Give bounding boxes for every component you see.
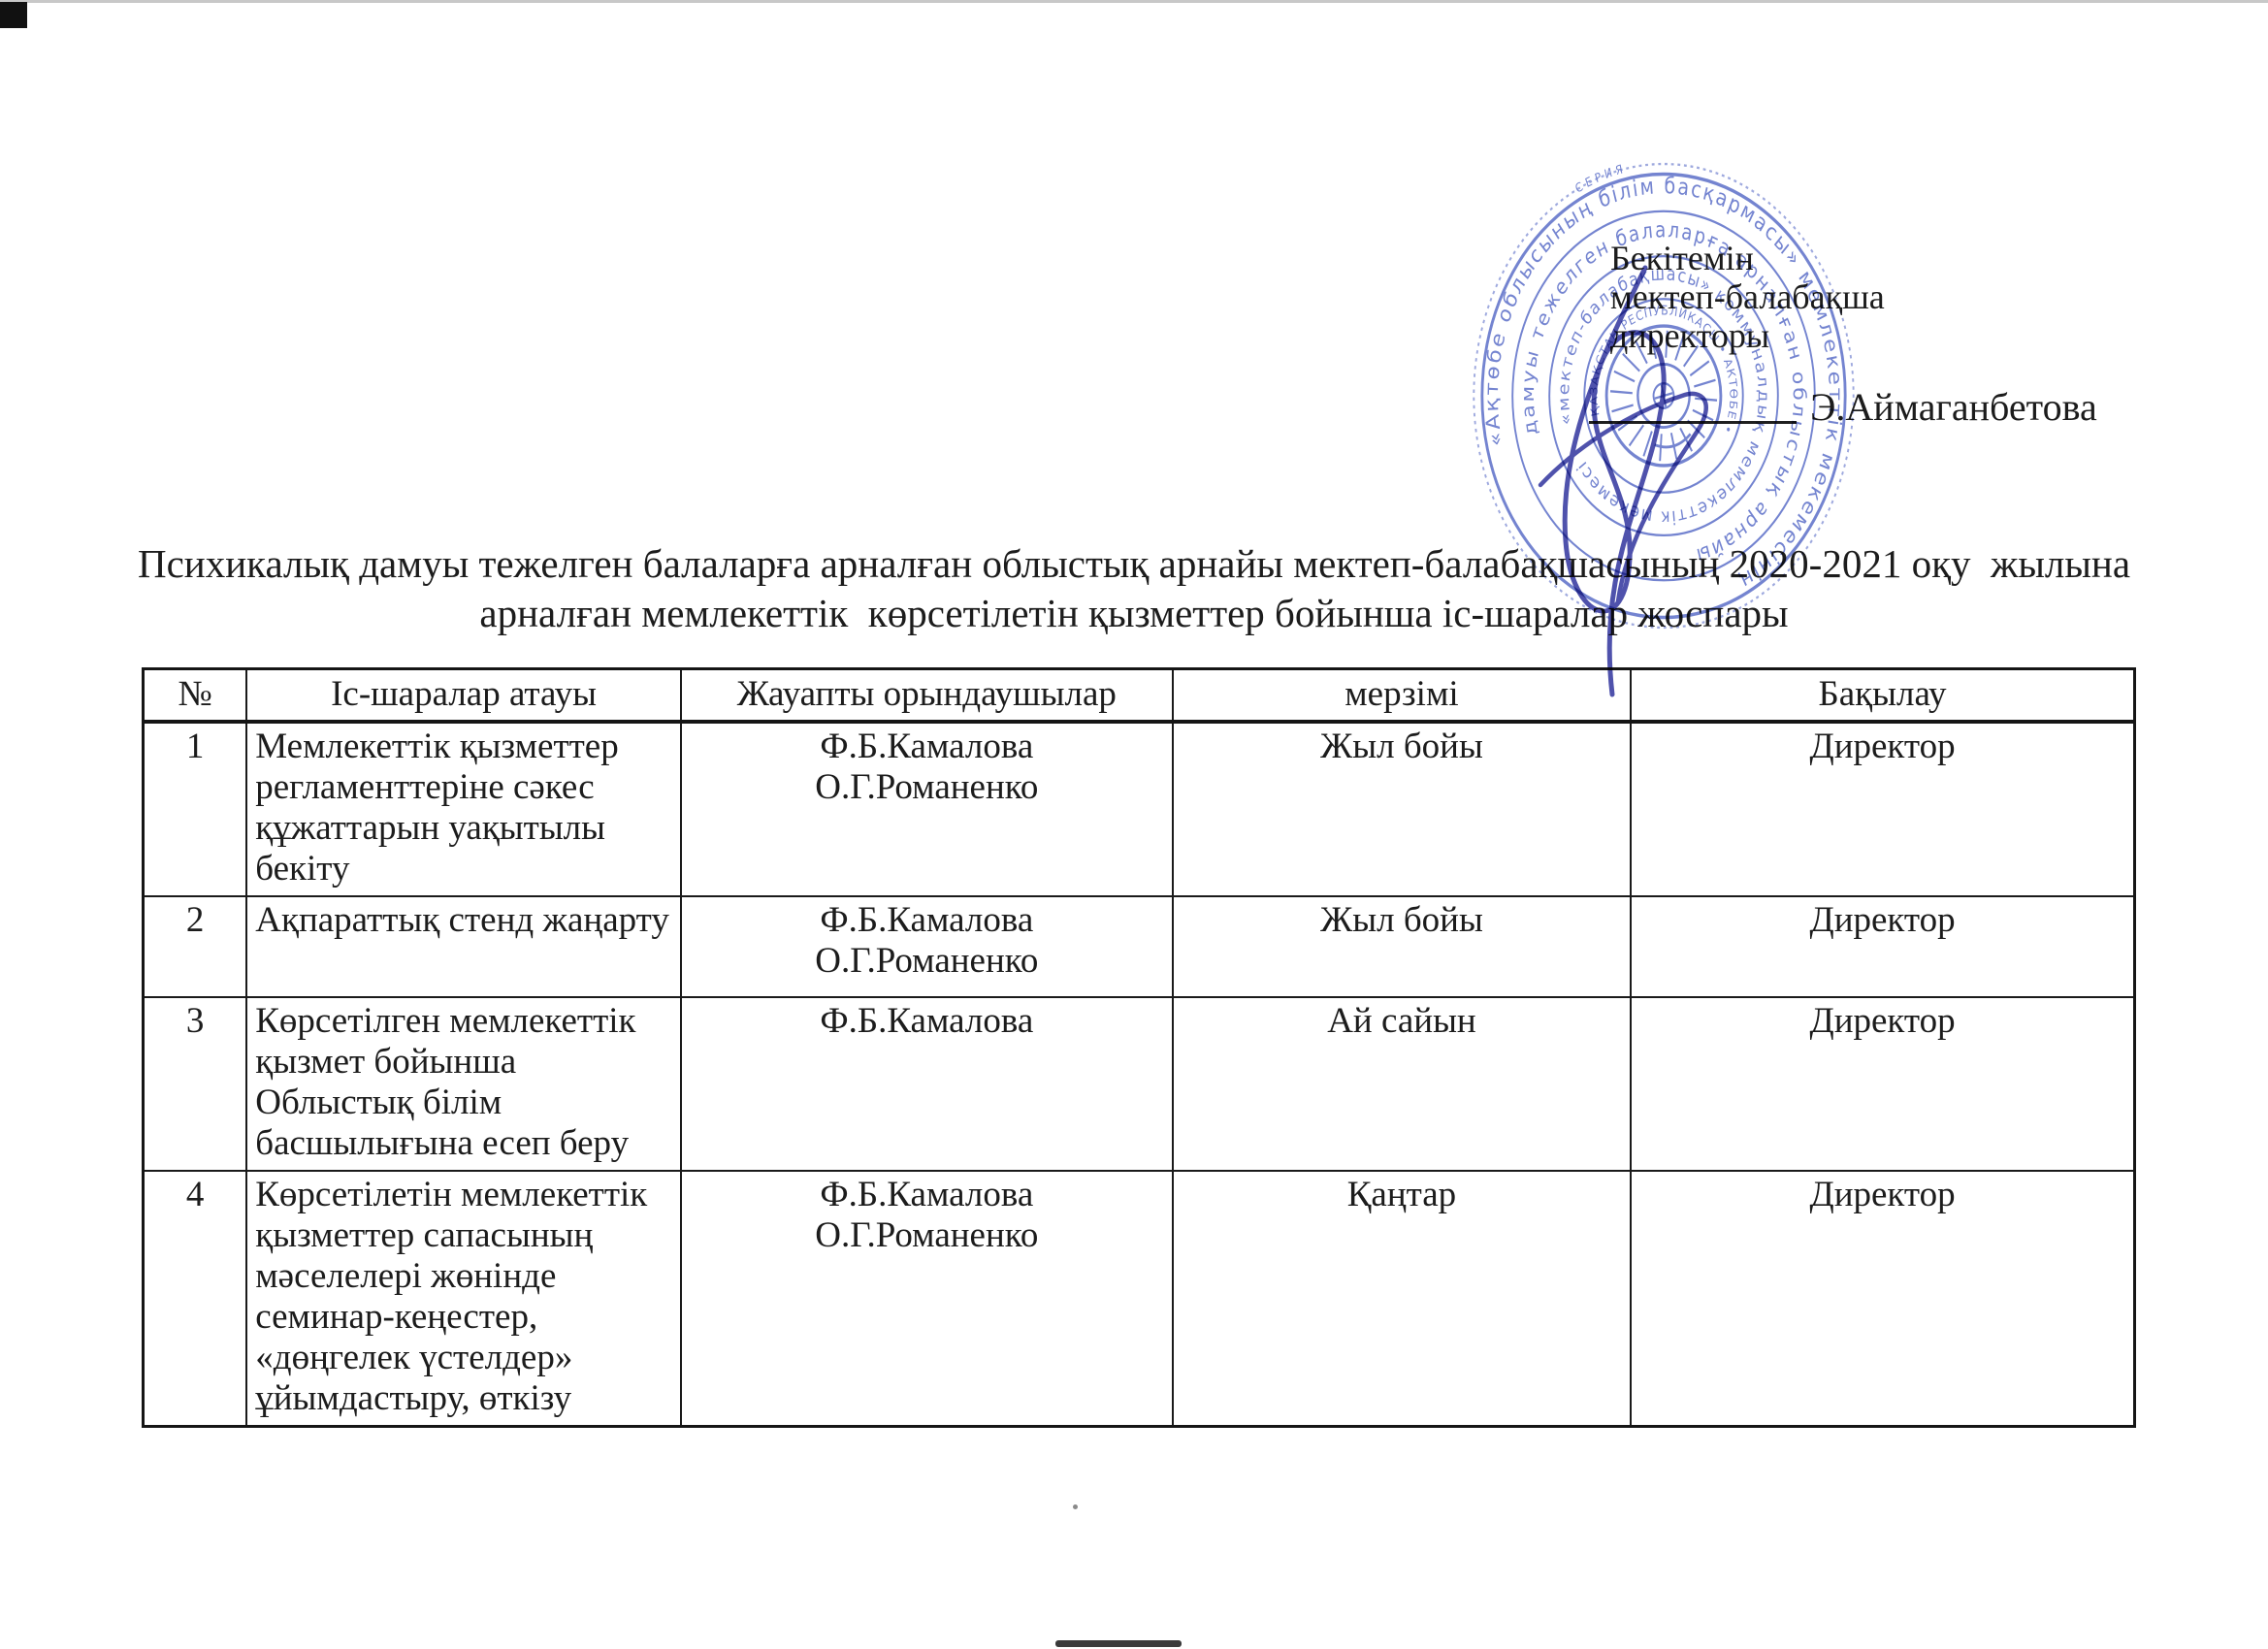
table-row: 2 Ақпараттық стенд жаңарту Ф.Б.КамаловаО… xyxy=(144,896,2135,997)
activity-cell: Көрсетілген мемлекеттік қызмет бойынша О… xyxy=(246,997,681,1171)
activity-cell: Ақпараттық стенд жаңарту xyxy=(246,896,681,997)
activity-cell: Көрсетілетін мемлекеттік қызметтер сапас… xyxy=(246,1171,681,1427)
term-cell: Ай сайын xyxy=(1173,997,1631,1171)
row-number-cell: 4 xyxy=(144,1171,247,1427)
term-cell: Жыл бойы xyxy=(1173,896,1631,997)
activities-table: № Іс-шаралар атауы Жауапты орындаушылар … xyxy=(142,667,2136,1428)
term-cell: Жыл бойы xyxy=(1173,722,1631,896)
responsible-person: Ф.Б.Камалова xyxy=(690,1001,1164,1042)
responsible-cell: Ф.Б.КамаловаО.Г.Романенко xyxy=(681,1171,1173,1427)
row-number-cell: 3 xyxy=(144,997,247,1171)
responsible-cell: Ф.Б.КамаловаО.Г.Романенко xyxy=(681,896,1173,997)
header-responsible: Жауапты орындаушылар xyxy=(681,669,1173,722)
director-signature-icon xyxy=(1482,241,1744,726)
scanned-document-page: «Ақтөбе облысының білім басқармасы» мемл… xyxy=(0,0,2268,1649)
responsible-cell: Ф.Б.КамаловаО.Г.Романенко xyxy=(681,722,1173,896)
table-body: 1 Мемлекеттік қызметтер регламенттеріне … xyxy=(144,722,2135,1427)
table-row: 4 Көрсетілетін мемлекеттік қызметтер сап… xyxy=(144,1171,2135,1427)
responsible-person: Ф.Б.Камалова xyxy=(690,727,1164,767)
row-number-cell: 2 xyxy=(144,896,247,997)
activity-cell: Мемлекеттік қызметтер регламенттеріне сә… xyxy=(246,722,681,896)
table-row: 3 Көрсетілген мемлекеттік қызмет бойынша… xyxy=(144,997,2135,1171)
scan-artifact-bottom-mark xyxy=(1055,1640,1182,1647)
control-cell: Директор xyxy=(1631,1171,2134,1427)
table-row: 1 Мемлекеттік қызметтер регламенттеріне … xyxy=(144,722,2135,896)
table-header-row: № Іс-шаралар атауы Жауапты орындаушылар … xyxy=(144,669,2135,722)
header-activity: Іс-шаралар атауы xyxy=(246,669,681,722)
control-cell: Директор xyxy=(1631,722,2134,896)
scan-artifact-speck xyxy=(1073,1504,1078,1509)
responsible-person: Ф.Б.Камалова xyxy=(690,900,1164,941)
scan-artifact-corner-mark xyxy=(0,2,27,28)
responsible-person: Ф.Б.Камалова xyxy=(690,1175,1164,1215)
document-title-line-2: арналған мемлекеттік көрсетілетін қызмет… xyxy=(0,589,2268,638)
control-cell: Директор xyxy=(1631,896,2134,997)
scan-artifact-top-line xyxy=(0,0,2268,3)
responsible-person: О.Г.Романенко xyxy=(690,767,1164,808)
document-title-line-1: Психикалық дамуы тежелген балаларға арна… xyxy=(0,539,2268,589)
term-cell: Қаңтар xyxy=(1173,1171,1631,1427)
row-number-cell: 1 xyxy=(144,722,247,896)
control-cell: Директор xyxy=(1631,997,2134,1171)
document-title: Психикалық дамуы тежелген балаларға арна… xyxy=(0,539,2268,638)
responsible-cell: Ф.Б.Камалова xyxy=(681,997,1173,1171)
responsible-person: О.Г.Романенко xyxy=(690,941,1164,982)
responsible-person: О.Г.Романенко xyxy=(690,1215,1164,1256)
header-number: № xyxy=(144,669,247,722)
